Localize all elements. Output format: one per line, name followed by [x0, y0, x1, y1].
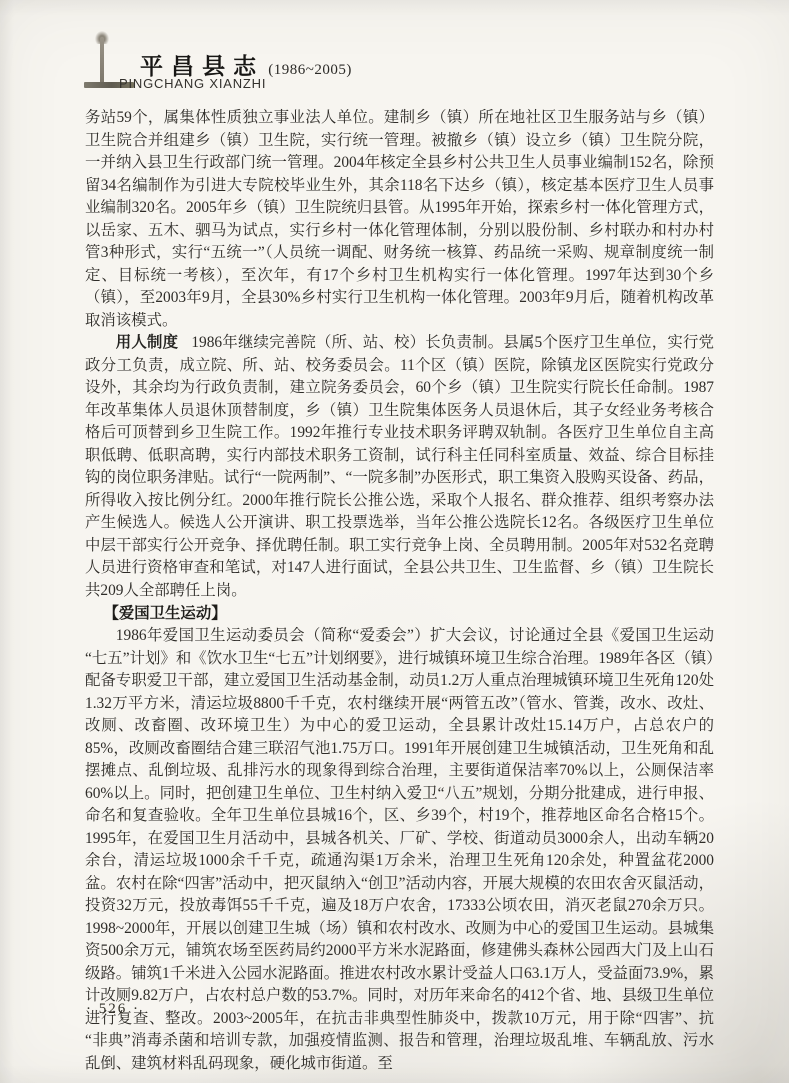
book-title-pinyin: PINGCHANG XIANZHI [119, 76, 266, 91]
paragraph-continued: 务站59个，属集体性质独立事业法人单位。建制乡（镇）所在地社区卫生服务站与乡（镇… [85, 107, 714, 332]
paragraph-lead-term: 用人制度 [116, 334, 178, 351]
paragraph-text: 1986年继续完善院（所、站、校）长负责制。县属5个医疗卫生单位，实行党政分工负… [85, 334, 714, 599]
paragraph-patriotic-health-campaign: 1986年爱国卫生运动委员会（简称“爱委会”）扩大会议，讨论通过全县《爱国卫生运… [85, 625, 714, 1075]
page-number: · 526 · [86, 1001, 140, 1018]
monument-logo-icon [100, 37, 104, 85]
paragraph-text: 务站59个，属集体性质独立事业法人单位。建制乡（镇）所在地社区卫生服务站与乡（镇… [85, 109, 714, 329]
paragraph-employment-system: 用人制度1986年继续完善院（所、站、校）长负责制。县属5个医疗卫生单位，实行党… [85, 332, 714, 602]
scanned-book-page: 平昌县志 (1986~2005) PINGCHANG XIANZHI 务站59个… [0, 0, 789, 1083]
section-heading-patriotic-health-campaign: 【爱国卫生运动】 [103, 602, 714, 625]
page-body: 务站59个，属集体性质独立事业法人单位。建制乡（镇）所在地社区卫生服务站与乡（镇… [85, 107, 714, 1075]
paragraph-text: 1986年爱国卫生运动委员会（简称“爱委会”）扩大会议，讨论通过全县《爱国卫生运… [85, 627, 714, 1072]
book-title-years: (1986~2005) [268, 62, 352, 78]
